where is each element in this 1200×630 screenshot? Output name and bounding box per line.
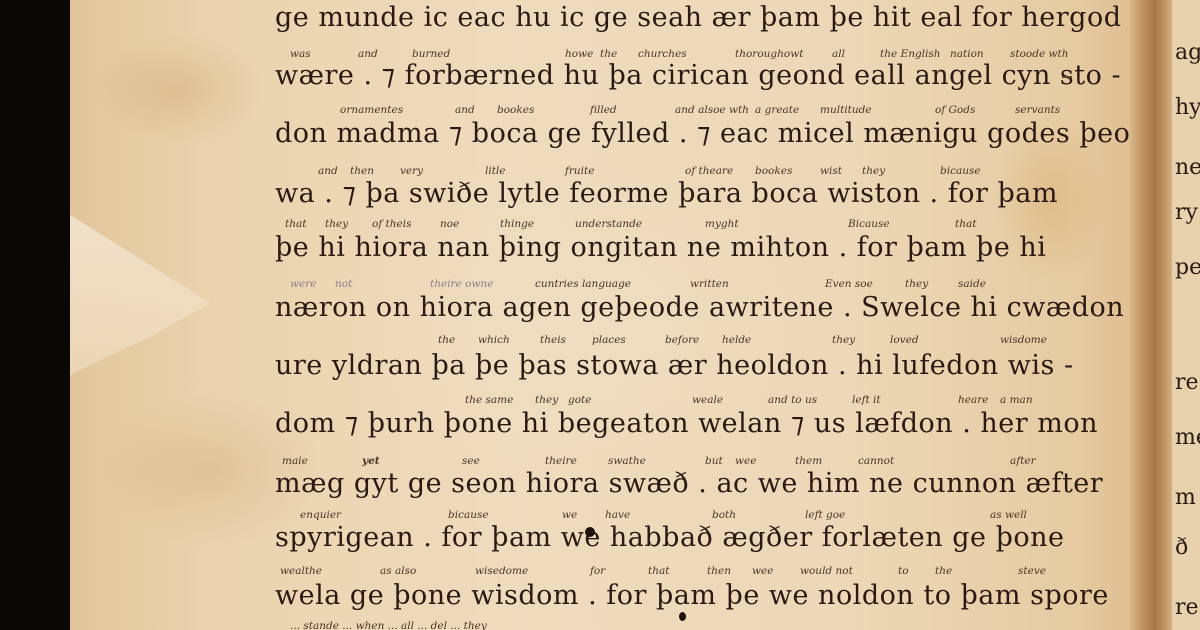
gloss-word: servants (1015, 104, 1060, 116)
gloss-row: the which theis places before helde they… (0, 334, 1200, 348)
line-break-hyphen (1062, 76, 1072, 78)
background-black-margin (0, 0, 70, 630)
manuscript-line: mæg gyt ge seon hiora swæð . ac we him n… (275, 468, 1103, 499)
gloss-word: bookes (755, 165, 792, 177)
manuscript-line: ure yldran þa þe þas stowa ær heoldon . … (275, 350, 1074, 381)
gloss-word: them (795, 455, 822, 467)
gloss-word: myght (705, 218, 739, 230)
gloss-row: that they of theis noe thinge understand… (0, 218, 1200, 232)
gloss-word: as well (990, 509, 1027, 521)
gloss-word: to (898, 565, 909, 577)
gloss-word: the (438, 334, 455, 346)
gloss-word: cuntries language (535, 278, 631, 290)
gloss-row: maie yet see theire swathe but wee them … (0, 455, 1200, 469)
gloss-word: that (955, 218, 976, 230)
gloss-word: wee (752, 565, 773, 577)
manuscript-line: ge munde ic eac hu ic ge seah ær þam þe … (275, 2, 1122, 33)
gloss-word: Even soe (825, 278, 873, 290)
manuscript-line: wela ge þone wisdom . for þam þe we nold… (275, 580, 1109, 611)
gloss-word: the (600, 48, 617, 60)
facing-fragment: re (1175, 595, 1199, 620)
gloss-word: helde (722, 334, 751, 346)
gloss-row: ornamentes and bookes filled and alsoe w… (0, 104, 1200, 118)
gloss-word: see (462, 455, 480, 467)
gloss-word: then (350, 165, 374, 177)
gloss-word: but (705, 455, 723, 467)
facing-fragment: re (1175, 370, 1199, 395)
gloss-word: wealthe (280, 565, 322, 577)
gloss-word: before (665, 334, 699, 346)
gloss-word: they (905, 278, 928, 290)
facing-fragment: me (1175, 425, 1200, 450)
facing-fragment: pe (1175, 255, 1200, 280)
gloss-word: churches (638, 48, 687, 60)
gloss-word: gote (568, 394, 591, 406)
gloss-word: that (285, 218, 306, 230)
gloss-word: the English (880, 48, 941, 60)
manuscript-line: wære . ⁊ forbærned hu þa cirican geond e… (275, 60, 1121, 91)
gloss-word: weale (692, 394, 723, 406)
gloss-word: wee (735, 455, 756, 467)
gloss-word: that (648, 565, 669, 577)
gloss-word: steve (1018, 565, 1046, 577)
manuscript-line: þe hi hiora nan þing ongitan ne mihton .… (275, 232, 1046, 263)
gloss-word: and to us (768, 394, 817, 406)
gloss-word: a man (1000, 394, 1033, 406)
gloss-word: the same (465, 394, 513, 406)
gloss-word: saide (958, 278, 986, 290)
gloss-word: we (562, 509, 577, 521)
ink-blot (585, 527, 595, 537)
gloss-word: as also (380, 565, 416, 577)
gloss-word: stoode wth (1010, 48, 1069, 60)
gloss-word: of Gods (935, 104, 975, 116)
gloss-word: have (605, 509, 630, 521)
gloss-row-partial: ... stande ... when ... all ... del ... … (0, 620, 1200, 630)
gloss-word: the (935, 565, 952, 577)
gloss-word: wist (820, 165, 842, 177)
gloss-word: filled (590, 104, 617, 116)
manuscript-photo: ag hy ne ry pe re me m ð re ge munde ic … (0, 0, 1200, 630)
facing-page-edge: ag hy ne ry pe re me m ð re (1172, 0, 1200, 630)
gloss-word: bicause (940, 165, 981, 177)
gloss-word: all (832, 48, 845, 60)
gloss-word: they (535, 394, 558, 406)
gloss-word: and (318, 165, 338, 177)
gloss-word: wisedome (475, 565, 528, 577)
gloss-word: and alsoe wth (675, 104, 749, 116)
gloss-word: they (325, 218, 348, 230)
gloss-word: yet (362, 455, 380, 467)
gloss-word: cannot (858, 455, 894, 467)
gloss-word: heare (958, 394, 988, 406)
gloss-word: wisdome (1000, 334, 1047, 346)
gloss-word: and (358, 48, 378, 60)
gloss-word: loved (890, 334, 919, 346)
gloss-word: fruite (565, 165, 594, 177)
gloss-word: a greate (755, 104, 799, 116)
gloss-word: thoroughowt (735, 48, 803, 60)
gloss-row: were not theire owne cuntries language w… (0, 278, 1200, 292)
gloss-word: multitude (820, 104, 872, 116)
gloss-word: ornamentes (340, 104, 403, 116)
gloss-word: both (712, 509, 736, 521)
gloss-word: written (690, 278, 729, 290)
gloss-word: then (707, 565, 731, 577)
gloss-word: places (592, 334, 626, 346)
gloss-word: theire owne (430, 278, 493, 290)
gloss-word: bicause (448, 509, 489, 521)
gloss-word: after (1010, 455, 1036, 467)
gloss-partial: ... stande ... when ... all ... del ... … (290, 620, 487, 630)
facing-fragment: ð (1175, 535, 1188, 560)
gloss-word: of theare (685, 165, 733, 177)
manuscript-line: dom ⁊ þurh þone hi begeaton welan ⁊ us l… (275, 408, 1098, 439)
gloss-word: swathe (608, 455, 646, 467)
gloss-word: of theis (372, 218, 412, 230)
gloss-row: wealthe as also wisedome for that then w… (0, 565, 1200, 579)
gloss-word: noe (440, 218, 459, 230)
gloss-word: and (455, 104, 475, 116)
binding-gutter (1130, 0, 1175, 630)
gloss-word: left it (852, 394, 881, 406)
gloss-row: enquier bicause we have both left goe as… (0, 509, 1200, 523)
manuscript-line: don madma ⁊ boca ge fylled . ⁊ eac micel… (275, 118, 1130, 149)
gloss-row: and then very litle fruite of theare boo… (0, 165, 1200, 179)
gloss-word: was (290, 48, 311, 60)
gloss-word: they (832, 334, 855, 346)
gloss-row: the same they gote weale and to us left … (0, 394, 1200, 408)
gloss-word: would not (800, 565, 853, 577)
gloss-word: nation (950, 48, 984, 60)
manuscript-line: spyrigean . for þam we habbað ægðer forl… (275, 522, 1065, 553)
gloss-word: burned (412, 48, 450, 60)
gloss-word: theire (545, 455, 577, 467)
gloss-word: left goe (805, 509, 845, 521)
gloss-word: for (590, 565, 605, 577)
gloss-word: which (478, 334, 510, 346)
gloss-word: they (862, 165, 885, 177)
manuscript-line: wa . ⁊ þa swiðe lytle feorme þara boca w… (275, 178, 1058, 209)
gloss-word: bookes (497, 104, 534, 116)
gloss-word: not (335, 278, 352, 290)
gloss-word: Bicause (848, 218, 890, 230)
gloss-word: howe (565, 48, 593, 60)
gloss-word: were (290, 278, 316, 290)
manuscript-line: næron on hiora agen geþeode awritene . S… (275, 292, 1124, 323)
gloss-word: litle (485, 165, 506, 177)
gloss-word: maie (282, 455, 308, 467)
gloss-word: enquier (300, 509, 341, 521)
facing-fragment: m (1175, 485, 1196, 510)
gloss-word: theis (540, 334, 566, 346)
gloss-word: very (400, 165, 423, 177)
gloss-word: thinge (500, 218, 534, 230)
gloss-word: understande (575, 218, 642, 230)
